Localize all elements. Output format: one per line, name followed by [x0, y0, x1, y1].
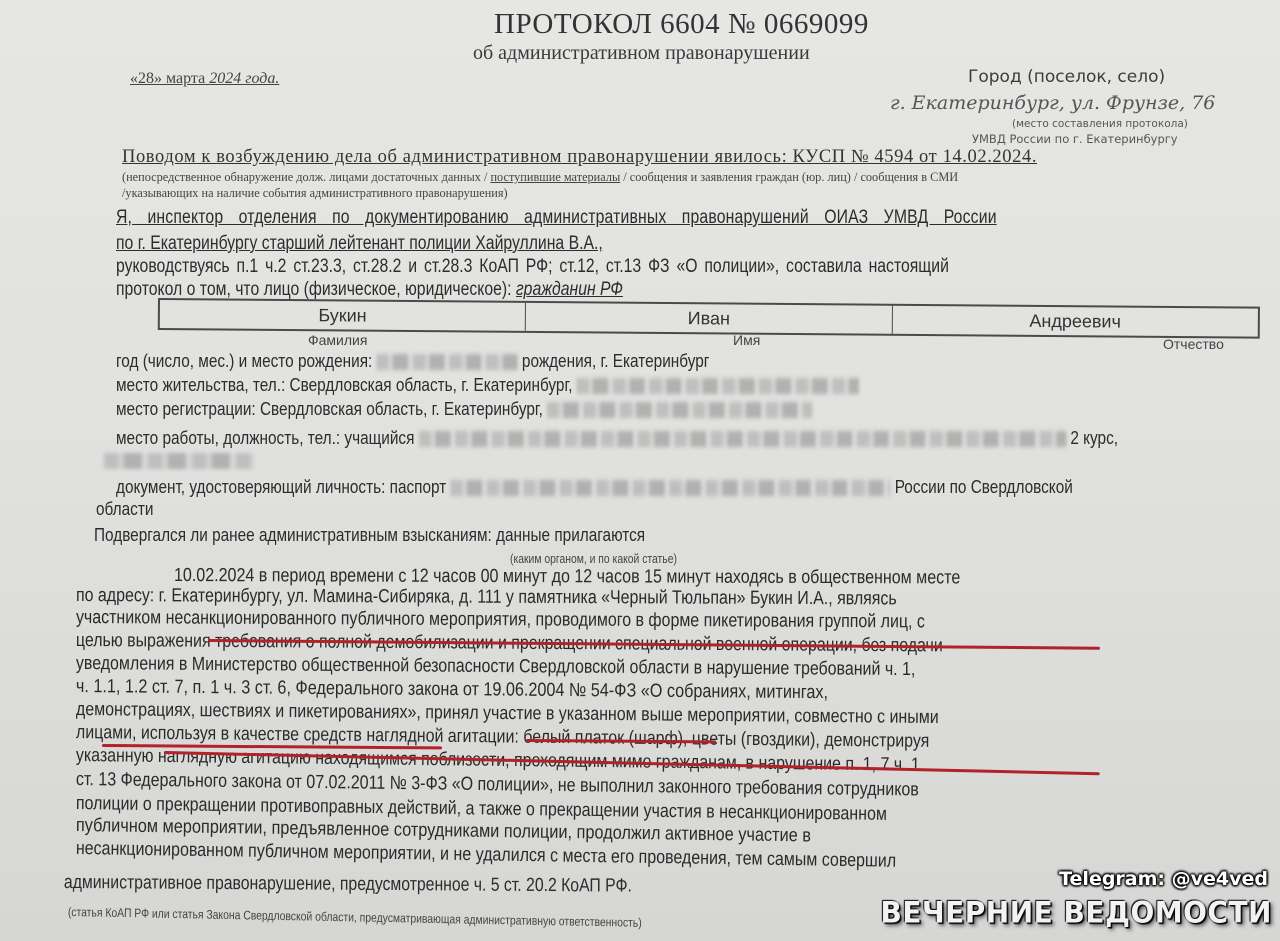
- reason-note-part: / сообщения и заявления граждан (юр. лиц…: [620, 170, 958, 184]
- residence-label: место жительства, тел.: Свердловская обл…: [116, 374, 572, 395]
- place-note: (место составления протокола): [1012, 118, 1188, 130]
- reason-note: (непосредственное обнаружение долж. лица…: [122, 170, 958, 185]
- redacted-address: [577, 378, 859, 394]
- patronymic-label: Отчество: [1163, 336, 1224, 352]
- redacted-passport: [451, 480, 891, 496]
- birth-label: год (число, мес.) и место рождения:: [116, 350, 372, 371]
- work-field: место работы, должность, тел.: учащийся …: [116, 427, 1118, 449]
- date-day: «28»: [130, 70, 162, 87]
- work-course: 2 курс,: [1070, 427, 1118, 448]
- first-name-label: Имя: [733, 332, 760, 348]
- reason-note-continued: /указывающих на наличие события админист…: [122, 186, 508, 201]
- guided-by-text: руководствуясь п.1 ч.2 ст.23.3, ст.28.2 …: [116, 256, 949, 278]
- prior-penalties-note: (каким органом, и по какой статье): [510, 552, 677, 566]
- brand-watermark: ВЕЧЕРНИЕ ВЕДОМОСТИ: [881, 895, 1272, 930]
- redacted-address: [547, 402, 813, 418]
- reason-note-selected: поступившие материалы: [490, 170, 620, 184]
- protocol-title: ПРОТОКОЛ 6604 № 0669099: [494, 8, 869, 41]
- birth-place: рождения, г. Екатеринбург: [522, 350, 709, 371]
- inspector-line: Я, инспектор отделения по документирован…: [116, 207, 997, 229]
- telegram-watermark: Telegram: @ve4ved: [1059, 868, 1268, 890]
- place-org: УМВД России по г. Екатеринбургу: [972, 132, 1178, 146]
- id-document-issuer-continued: области: [96, 498, 153, 520]
- id-document-label: документ, удостоверяющий личность: паспо…: [116, 476, 446, 497]
- protocol-date: «28» марта 2024 года.: [130, 70, 279, 88]
- place-value: г. Екатеринбург, ул. Фрунзе, 76: [890, 92, 1215, 114]
- redacted-phone-value: [104, 453, 254, 469]
- work-label: место работы, должность, тел.: учащийся: [116, 427, 414, 448]
- registration-field: место регистрации: Свердловская область,…: [116, 398, 813, 420]
- id-document-field: документ, удостоверяющий личность: паспо…: [116, 476, 1073, 498]
- registration-label: место регистрации: Свердловская область,…: [116, 398, 543, 419]
- patronymic-cell: Андреевич: [892, 306, 1258, 337]
- redacted-workplace: [419, 431, 1066, 447]
- date-month: марта: [166, 70, 205, 87]
- reason-note-part: (непосредственное обнаружение долж. лица…: [122, 170, 490, 184]
- inspector-line: по г. Екатеринбургу старший лейтенант по…: [116, 233, 603, 255]
- protocol-subtitle: об административном правонарушении: [473, 42, 810, 65]
- first-name-cell: Иван: [526, 303, 893, 334]
- protocol-text: протокол о том, что лицо (физическое, юр…: [116, 279, 516, 300]
- prior-penalties: Подвергался ли ранее административным вз…: [94, 524, 645, 546]
- redacted-birthdate: [377, 354, 518, 370]
- surname-cell: Букин: [160, 300, 527, 331]
- place-label: Город (поселок, село): [968, 67, 1165, 87]
- body-line: участником несанкционированного публично…: [76, 607, 925, 633]
- redacted-phone: [104, 452, 254, 470]
- residence-field: место жительства, тел.: Свердловская обл…: [116, 374, 859, 396]
- date-year: 2024 года.: [209, 70, 279, 87]
- surname-label: Фамилия: [308, 332, 367, 348]
- article-note: (статья КоАП РФ или статья Закона Свердл…: [68, 905, 642, 930]
- case-reason: Поводом к возбуждению дела об администра…: [122, 147, 1037, 168]
- id-document-issuer: России по Свердловской: [895, 476, 1073, 497]
- body-line: по адресу: г. Екатеринбургу, ул. Мамина-…: [76, 585, 897, 610]
- birth-field: год (число, мес.) и место рождения: рожд…: [116, 350, 709, 372]
- offense-conclusion: административное правонарушение, предусм…: [64, 872, 632, 898]
- person-type: гражданин РФ: [516, 279, 623, 300]
